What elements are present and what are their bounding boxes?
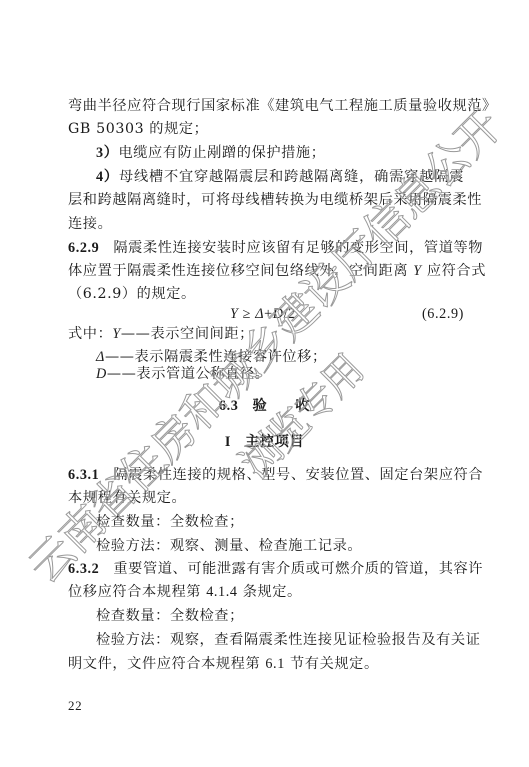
page-number: 22 <box>68 697 464 715</box>
formula-lhs: Y <box>230 306 239 322</box>
check-quantity: 检查数量：全数检查； <box>96 513 492 531</box>
subsection-title: 主控项目 <box>245 434 304 450</box>
reference: 4.1.4 <box>206 584 237 600</box>
list-number: 3） <box>96 145 118 161</box>
paragraph-line: 弯曲半径应符合现行国家标准《建筑电气工程施工质量验收规范》 <box>68 97 464 115</box>
symbol: Y <box>112 326 121 342</box>
text: 明文件，文件应符合本规程第 <box>68 656 265 672</box>
variable: Y <box>413 263 422 279</box>
clause-6-2-9: 6.2.9隔震柔性连接安装时应该留有足够的变形空间，管道等物 <box>68 239 464 257</box>
section-title: 验 <box>252 398 267 414</box>
clause-text: 重要管道、可能泄露有害介质或可燃介质的管道，其容许 <box>113 561 483 577</box>
formula-tail: /2 <box>284 306 296 322</box>
check-method: 检验方法：观察，查看隔震柔性连接见证检验报告及有关证 <box>96 631 464 649</box>
where-label: 式中： <box>68 326 112 342</box>
clause-6-3-2: 6.3.2重要管道、可能泄露有害介质或可燃介质的管道，其容许 <box>68 560 464 578</box>
definition-text: ——表示隔震柔性连接容许位移； <box>105 349 327 365</box>
symbol: Δ <box>96 349 105 365</box>
formula: Y ≥ Δ+D/2 <box>230 305 529 323</box>
text: 应符合式 <box>422 263 486 279</box>
list-text: 电缆应有防止剐蹭的保护措施； <box>118 145 325 161</box>
clause-number: 6.2.9 <box>68 240 99 256</box>
symbol: D <box>96 366 107 382</box>
definition-y: 式中：Y——表示空间间距； <box>68 325 464 343</box>
formula-operator: ≥ <box>239 306 256 322</box>
section-heading-6-3: 6.3验收 <box>0 397 529 415</box>
paragraph-line: GB 50303 的规定； <box>68 120 464 138</box>
clause-number: 6.3.1 <box>68 467 99 483</box>
text: 位移应符合本规程第 <box>68 584 206 600</box>
formula-delta: Δ <box>255 306 264 322</box>
text: 条规定。 <box>238 584 302 600</box>
list-text: 母线槽不宜穿越隔震层和跨越隔离缝，确需穿越隔震 <box>119 169 464 185</box>
roman-numeral: I <box>225 434 231 450</box>
paragraph-line: （6.2.9）的规定。 <box>68 285 464 303</box>
paragraph-line: 位移应符合本规程第 4.1.4 条规定。 <box>68 583 464 601</box>
paragraph-line: 体应置于隔震柔性连接位移空间包络线外，空间距离 Y 应符合式 <box>68 262 464 280</box>
list-number: 4） <box>96 169 119 185</box>
equation-number: (6.2.9) <box>412 305 464 323</box>
paragraph-line: 连接。 <box>68 215 464 233</box>
clause-text: 隔震柔性连接的规格、型号、安装位置、固定台架应符合 <box>113 467 483 483</box>
check-quantity: 检查数量：全数检查； <box>96 607 492 625</box>
document-page: 弯曲半径应符合现行国家标准《建筑电气工程施工质量验收规范》 GB 50303 的… <box>0 0 529 767</box>
clause-number: 6.3.2 <box>68 561 99 577</box>
check-method: 检验方法：观察、测量、检查施工记录。 <box>96 537 492 555</box>
definition-text: ——表示管道公称直径。 <box>107 366 270 382</box>
section-number: 6.3 <box>219 398 239 414</box>
clause-6-3-1: 6.3.1隔震柔性连接的规格、型号、安装位置、固定台架应符合 <box>68 466 464 484</box>
definition-delta: Δ——表示隔震柔性连接容许位移； <box>96 348 492 366</box>
subsection-heading: I主控项目 <box>0 433 529 451</box>
list-item-4: 4）母线槽不宜穿越隔震层和跨越隔离缝，确需穿越隔震 <box>96 168 464 186</box>
text: 体应置于隔震柔性连接位移空间包络线外，空间距离 <box>68 263 413 279</box>
paragraph-line: 明文件，文件应符合本规程第 6.1 节有关规定。 <box>68 655 464 673</box>
text: 节有关规定。 <box>285 656 379 672</box>
formula-plus: + <box>264 306 273 322</box>
paragraph-line: 本规程有关规定。 <box>68 489 464 507</box>
clause-text: 隔震柔性连接安装时应该留有足够的变形空间，管道等物 <box>113 240 483 256</box>
section-title: 收 <box>295 398 310 414</box>
reference: 6.1 <box>265 656 285 672</box>
paragraph-line: 层和跨越隔离缝时，可将母线槽转换为电缆桥架后采用隔震柔性 <box>68 191 464 209</box>
definition-d: D——表示管道公称直径。 <box>96 365 492 383</box>
definition-text: ——表示空间间距； <box>121 326 254 342</box>
list-item-3: 3）电缆应有防止剐蹭的保护措施； <box>96 144 464 162</box>
formula-d: D <box>273 306 284 322</box>
